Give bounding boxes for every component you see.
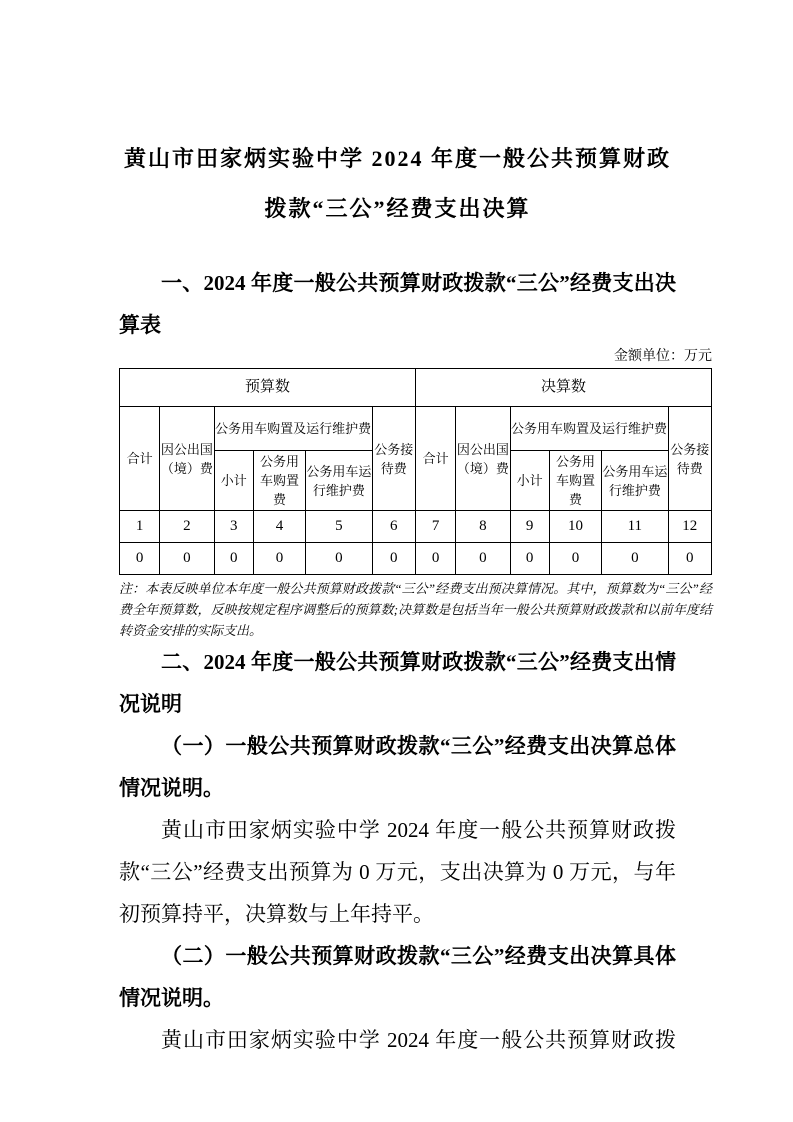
- budget-vehicle-maintenance-header: 公务用车运行维护费: [306, 451, 372, 511]
- final-vehicle-group-header: 公务用车购置及运行维护费: [510, 407, 668, 451]
- amount-cell: 0: [120, 543, 160, 575]
- amount-cell: 0: [549, 543, 601, 575]
- paragraph-specific-explanation-truncated: 黄山市田家炳实验中学 2024 年度一般公共预算财政拨: [119, 1019, 676, 1061]
- column-index-cell: 4: [253, 511, 305, 543]
- final-group-header: 决算数: [415, 369, 711, 407]
- column-index-cell: 10: [549, 511, 601, 543]
- table-note: 注：本表反映单位本年度一般公共预算财政拨款“三公”经费支出预决算情况。其中，预算…: [119, 578, 712, 641]
- final-total-header: 合计: [415, 407, 455, 511]
- final-vehicle-maintenance-header: 公务用车运行维护费: [602, 451, 668, 511]
- final-reception-header: 公务接待费: [668, 407, 711, 511]
- expense-table-area: 金额单位：万元 预算数 决算数 合计 因公出国（境）费 公务用车购置及运行维护费: [119, 348, 712, 641]
- amount-cell: 0: [214, 543, 253, 575]
- budget-group-header: 预算数: [120, 369, 416, 407]
- amount-cell: 0: [306, 543, 372, 575]
- final-vehicle-purchase-header: 公务用车购置费: [549, 451, 601, 511]
- table-group-header-row: 预算数 决算数: [120, 369, 712, 407]
- column-index-cell: 1: [120, 511, 160, 543]
- document-title-line-2: 拨款“三公”经费支出决算: [119, 184, 676, 234]
- budget-abroad-header: 因公出国（境）费: [160, 407, 214, 511]
- column-index-row: 1 2 3 4 5 6 7 8 9 10 11 12: [120, 511, 712, 543]
- final-vehicle-subtotal-header: 小计: [510, 451, 549, 511]
- subsection-2-1-heading: （一）一般公共预算财政拨款“三公”经费支出决算总体情况说明。: [119, 725, 676, 809]
- amount-unit-note: 金额单位：万元: [119, 348, 712, 366]
- table-header-row-upper: 合计 因公出国（境）费 公务用车购置及运行维护费 公务接待费 合计 因公出国（境…: [120, 407, 712, 451]
- column-index-cell: 2: [160, 511, 214, 543]
- amount-cell: 0: [415, 543, 455, 575]
- document-page: 黄山市田家炳实验中学 2024 年度一般公共预算财政 拨款“三公”经费支出决算 …: [0, 0, 793, 1122]
- column-index-cell: 7: [415, 511, 455, 543]
- section-2-heading: 二、2024 年度一般公共预算财政拨款“三公”经费支出情况说明: [119, 641, 676, 725]
- budget-vehicle-purchase-header: 公务用车购置费: [253, 451, 305, 511]
- column-index-cell: 5: [306, 511, 372, 543]
- document-title: 黄山市田家炳实验中学 2024 年度一般公共预算财政 拨款“三公”经费支出决算: [119, 0, 676, 234]
- final-abroad-header: 因公出国（境）费: [456, 407, 510, 511]
- section-1-heading: 一、2024 年度一般公共预算财政拨款“三公”经费支出决算表: [119, 262, 676, 346]
- amount-cell: 0: [253, 543, 305, 575]
- column-index-cell: 8: [456, 511, 510, 543]
- amount-cell: 0: [160, 543, 214, 575]
- column-index-cell: 6: [372, 511, 415, 543]
- amount-cell: 0: [668, 543, 711, 575]
- amount-cell: 0: [602, 543, 668, 575]
- amount-cell: 0: [456, 543, 510, 575]
- subsection-2-2-heading: （二）一般公共预算财政拨款“三公”经费支出决算具体情况说明。: [119, 935, 676, 1019]
- amount-cell: 0: [372, 543, 415, 575]
- three-public-expense-table: 预算数 决算数 合计 因公出国（境）费 公务用车购置及运行维护费 公务接待费 合…: [119, 368, 712, 575]
- budget-vehicle-group-header: 公务用车购置及运行维护费: [214, 407, 372, 451]
- document-content: 黄山市田家炳实验中学 2024 年度一般公共预算财政 拨款“三公”经费支出决算 …: [119, 0, 676, 1061]
- budget-total-header: 合计: [120, 407, 160, 511]
- amount-cell: 0: [510, 543, 549, 575]
- column-index-cell: 3: [214, 511, 253, 543]
- paragraph-overall-explanation: 黄山市田家炳实验中学 2024 年度一般公共预算财政拨款“三公”经费支出预算为 …: [119, 809, 676, 935]
- budget-vehicle-subtotal-header: 小计: [214, 451, 253, 511]
- column-index-cell: 11: [602, 511, 668, 543]
- column-index-cell: 9: [510, 511, 549, 543]
- column-index-cell: 12: [668, 511, 711, 543]
- budget-reception-header: 公务接待费: [372, 407, 415, 511]
- document-title-line-1: 黄山市田家炳实验中学 2024 年度一般公共预算财政: [119, 134, 676, 184]
- amount-value-row: 0 0 0 0 0 0 0 0 0 0 0 0: [120, 543, 712, 575]
